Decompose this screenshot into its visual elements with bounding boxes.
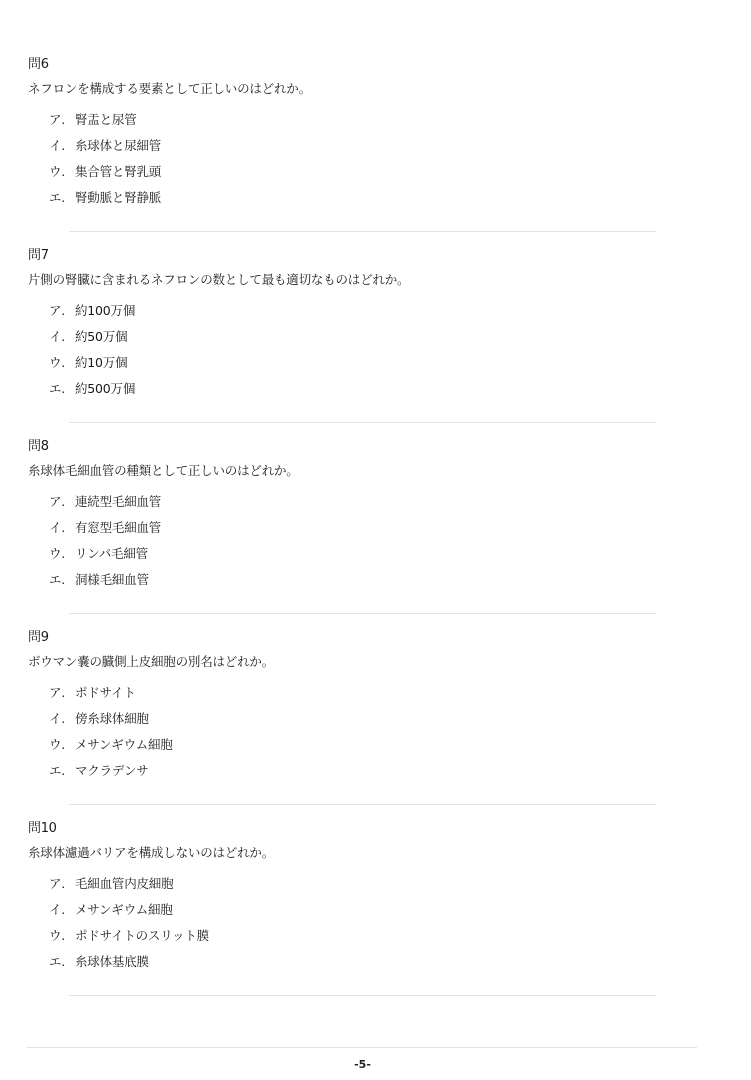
option-label: ア. — [49, 680, 75, 706]
question-text: ボウマン嚢の臓側上皮細胞の別名はどれか。 — [28, 654, 708, 670]
question-number: 問6 — [28, 57, 708, 73]
option-label: エ. — [49, 376, 75, 402]
option-list: ア.腎盂と尿管 イ.糸球体と尿細管 ウ.集合管と腎乳頭 エ.腎動脈と腎静脈 — [28, 107, 708, 211]
option-label: ア. — [49, 298, 75, 324]
question-10: 問10 糸球体濾過バリアを構成しないのはどれか。 ア.毛細血管内皮細胞 イ.メサ… — [28, 821, 708, 975]
question-text: 糸球体毛細血管の種類として正しいのはどれか。 — [28, 463, 708, 479]
option-label: エ. — [49, 949, 75, 975]
option-text: マクラデンサ — [75, 763, 149, 778]
option-text: 糸球体と尿細管 — [75, 138, 161, 153]
option-label: ウ. — [49, 541, 75, 567]
option-e: エ.糸球体基底膜 — [49, 949, 708, 975]
option-label: イ. — [49, 515, 75, 541]
option-text: 約500万個 — [75, 381, 135, 396]
option-u: ウ.ポドサイトのスリット膜 — [49, 923, 708, 949]
document-page: 問6 ネフロンを構成する要素として正しいのはどれか。 ア.腎盂と尿管 イ.糸球体… — [0, 0, 751, 1080]
option-text: 連続型毛細血管 — [75, 494, 161, 509]
option-text: 約100万個 — [75, 303, 135, 318]
question-number: 問7 — [28, 248, 708, 264]
option-text: 約10万個 — [75, 355, 127, 370]
option-u: ウ.リンパ毛細管 — [49, 541, 708, 567]
question-8: 問8 糸球体毛細血管の種類として正しいのはどれか。 ア.連続型毛細血管 イ.有窓… — [28, 439, 708, 593]
option-label: エ. — [49, 758, 75, 784]
section-divider — [69, 422, 656, 423]
question-number: 問9 — [28, 630, 708, 646]
option-text: 集合管と腎乳頭 — [75, 164, 161, 179]
question-9: 問9 ボウマン嚢の臓側上皮細胞の別名はどれか。 ア.ポドサイト イ.傍糸球体細胞… — [28, 630, 708, 784]
option-e: エ.腎動脈と腎静脈 — [49, 185, 708, 211]
option-label: エ. — [49, 185, 75, 211]
option-u: ウ.メサンギウム細胞 — [49, 732, 708, 758]
option-i: イ.有窓型毛細血管 — [49, 515, 708, 541]
option-list: ア.約100万個 イ.約50万個 ウ.約10万個 エ.約500万個 — [28, 298, 708, 402]
option-e: エ.マクラデンサ — [49, 758, 708, 784]
option-i: イ.傍糸球体細胞 — [49, 706, 708, 732]
option-label: ア. — [49, 107, 75, 133]
option-text: 糸球体基底膜 — [75, 954, 149, 969]
section-divider — [69, 613, 656, 614]
footer-rule — [27, 1047, 697, 1048]
option-a: ア.連続型毛細血管 — [49, 489, 708, 515]
option-text: 有窓型毛細血管 — [75, 520, 161, 535]
question-text: ネフロンを構成する要素として正しいのはどれか。 — [28, 81, 708, 97]
option-label: イ. — [49, 897, 75, 923]
option-text: ポドサイト — [75, 685, 136, 700]
option-label: イ. — [49, 133, 75, 159]
option-text: 毛細血管内皮細胞 — [75, 876, 173, 891]
option-i: イ.メサンギウム細胞 — [49, 897, 708, 923]
option-text: 腎盂と尿管 — [75, 112, 137, 127]
question-6: 問6 ネフロンを構成する要素として正しいのはどれか。 ア.腎盂と尿管 イ.糸球体… — [28, 57, 708, 211]
option-label: イ. — [49, 706, 75, 732]
option-text: メサンギウム細胞 — [75, 902, 173, 917]
option-label: エ. — [49, 567, 75, 593]
question-text: 糸球体濾過バリアを構成しないのはどれか。 — [28, 845, 708, 861]
option-label: ウ. — [49, 732, 75, 758]
option-list: ア.連続型毛細血管 イ.有窓型毛細血管 ウ.リンパ毛細管 エ.洞様毛細血管 — [28, 489, 708, 593]
option-a: ア.約100万個 — [49, 298, 708, 324]
option-label: イ. — [49, 324, 75, 350]
option-a: ア.毛細血管内皮細胞 — [49, 871, 708, 897]
option-text: 腎動脈と腎静脈 — [75, 190, 161, 205]
option-label: ウ. — [49, 923, 75, 949]
option-text: 約50万個 — [75, 329, 127, 344]
option-a: ア.腎盂と尿管 — [49, 107, 708, 133]
option-u: ウ.約10万個 — [49, 350, 708, 376]
option-text: メサンギウム細胞 — [75, 737, 173, 752]
option-e: エ.洞様毛細血管 — [49, 567, 708, 593]
option-label: ウ. — [49, 350, 75, 376]
option-e: エ.約500万個 — [49, 376, 708, 402]
option-list: ア.毛細血管内皮細胞 イ.メサンギウム細胞 ウ.ポドサイトのスリット膜 エ.糸球… — [28, 871, 708, 975]
option-i: イ.約50万個 — [49, 324, 708, 350]
option-text: 洞様毛細血管 — [75, 572, 149, 587]
option-u: ウ.集合管と腎乳頭 — [49, 159, 708, 185]
section-divider — [69, 995, 656, 996]
question-7: 問7 片側の腎臓に含まれるネフロンの数として最も適切なものはどれか。 ア.約10… — [28, 248, 708, 402]
option-a: ア.ポドサイト — [49, 680, 708, 706]
option-label: ウ. — [49, 159, 75, 185]
section-divider — [69, 231, 656, 232]
question-text: 片側の腎臓に含まれるネフロンの数として最も適切なものはどれか。 — [28, 272, 708, 288]
option-label: ア. — [49, 871, 75, 897]
section-divider — [69, 804, 656, 805]
option-text: リンパ毛細管 — [75, 546, 148, 561]
question-number: 問10 — [28, 821, 708, 837]
option-text: 傍糸球体細胞 — [75, 711, 149, 726]
question-number: 問8 — [28, 439, 708, 455]
option-text: ポドサイトのスリット膜 — [75, 928, 209, 943]
option-i: イ.糸球体と尿細管 — [49, 133, 708, 159]
option-list: ア.ポドサイト イ.傍糸球体細胞 ウ.メサンギウム細胞 エ.マクラデンサ — [28, 680, 708, 784]
page-number: -5- — [0, 1058, 725, 1071]
option-label: ア. — [49, 489, 75, 515]
